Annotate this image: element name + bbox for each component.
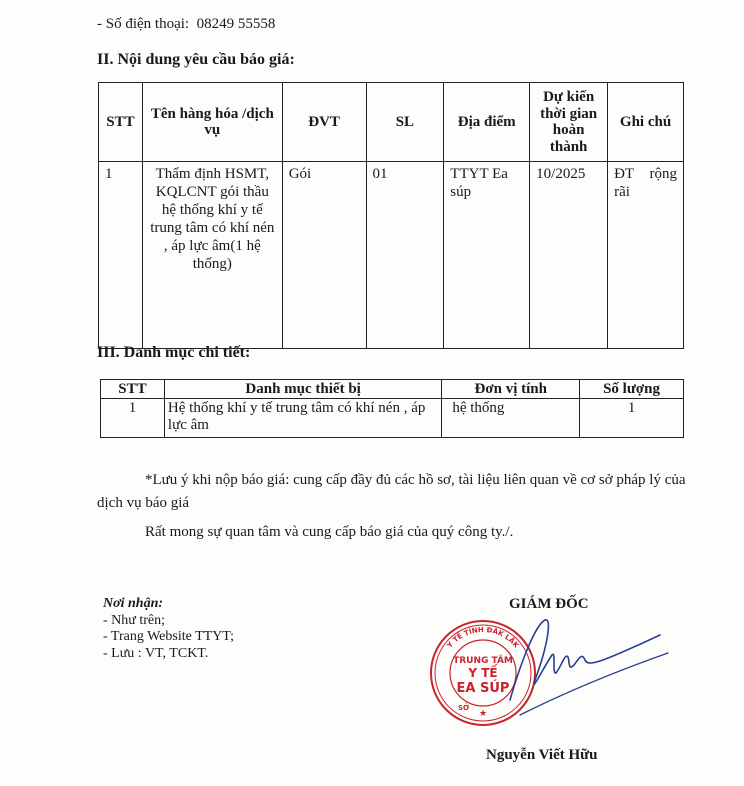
quote-request-table: STT Tên hàng hóa /dịch vụ ĐVT SL Địa điể… (98, 82, 684, 349)
section-2-heading: II. Nội dung yêu cầu báo giá: (97, 51, 295, 69)
header-note: Ghi chú (608, 83, 684, 162)
table-header-row: STT Danh mục thiết bị Đơn vị tính Số lượ… (101, 380, 684, 399)
svg-text:★: ★ (479, 708, 487, 718)
cell-name: Thẩm định HSMT, KQLCNT gói thầu hệ thống… (142, 162, 282, 349)
closing-line: Rất mong sự quan tâm và cung cấp báo giá… (145, 524, 513, 541)
note-text: *Lưu ý khi nộp báo giá: cung cấp đầy đủ … (97, 472, 686, 511)
table-header-row: STT Tên hàng hóa /dịch vụ ĐVT SL Địa điể… (99, 83, 684, 162)
svg-text:SỞ: SỞ (458, 702, 469, 712)
cell-qty: 01 (366, 162, 444, 349)
cell-location: TTYT Ea súp (444, 162, 530, 349)
signature-icon (490, 605, 670, 725)
cell-note: ĐT rộng rãi (608, 162, 684, 349)
cell-stt: 1 (101, 399, 165, 438)
recipient-item: - Như trên; (103, 613, 234, 630)
table-row: 1 Hệ thống khí y tế trung tâm có khí nén… (101, 399, 684, 438)
recipient-item: - Trang Website TTYT; (103, 629, 234, 646)
signer-name: Nguyễn Viết Hữu (486, 747, 598, 764)
header-unit: Đơn vị tính (442, 380, 580, 399)
header-item: Danh mục thiết bị (164, 380, 441, 399)
section-3-heading: III. Danh mục chi tiết: (97, 344, 250, 362)
submission-note: *Lưu ý khi nộp báo giá: cung cấp đầy đủ … (97, 469, 697, 516)
header-qty: Số lượng (580, 380, 684, 399)
contact-phone: - Số điện thoại: 08249 55558 (97, 16, 275, 33)
cell-deadline: 10/2025 (530, 162, 608, 349)
header-name: Tên hàng hóa /dịch vụ (142, 83, 282, 162)
cell-qty: 1 (580, 399, 684, 438)
cell-stt: 1 (99, 162, 143, 349)
phone-value: 08249 55558 (197, 16, 276, 32)
recipient-item: - Lưu : VT, TCKT. (103, 646, 234, 663)
header-stt: STT (101, 380, 165, 399)
cell-unit: hệ thống (442, 399, 580, 438)
cell-item: Hệ thống khí y tế trung tâm có khí nén ,… (164, 399, 441, 438)
header-deadline: Dự kiến thời gian hoàn thành (530, 83, 608, 162)
recipients-block: Nơi nhận: - Như trên; - Trang Website TT… (103, 596, 234, 662)
header-unit: ĐVT (282, 83, 366, 162)
recipients-title: Nơi nhận: (103, 596, 234, 613)
cell-unit: Gói (282, 162, 366, 349)
table-row: 1 Thẩm định HSMT, KQLCNT gói thầu hệ thố… (99, 162, 684, 349)
phone-label: - Số điện thoại: (97, 16, 189, 32)
header-qty: SL (366, 83, 444, 162)
detail-list-table: STT Danh mục thiết bị Đơn vị tính Số lượ… (100, 379, 684, 438)
header-stt: STT (99, 83, 143, 162)
header-location: Địa điểm (444, 83, 530, 162)
